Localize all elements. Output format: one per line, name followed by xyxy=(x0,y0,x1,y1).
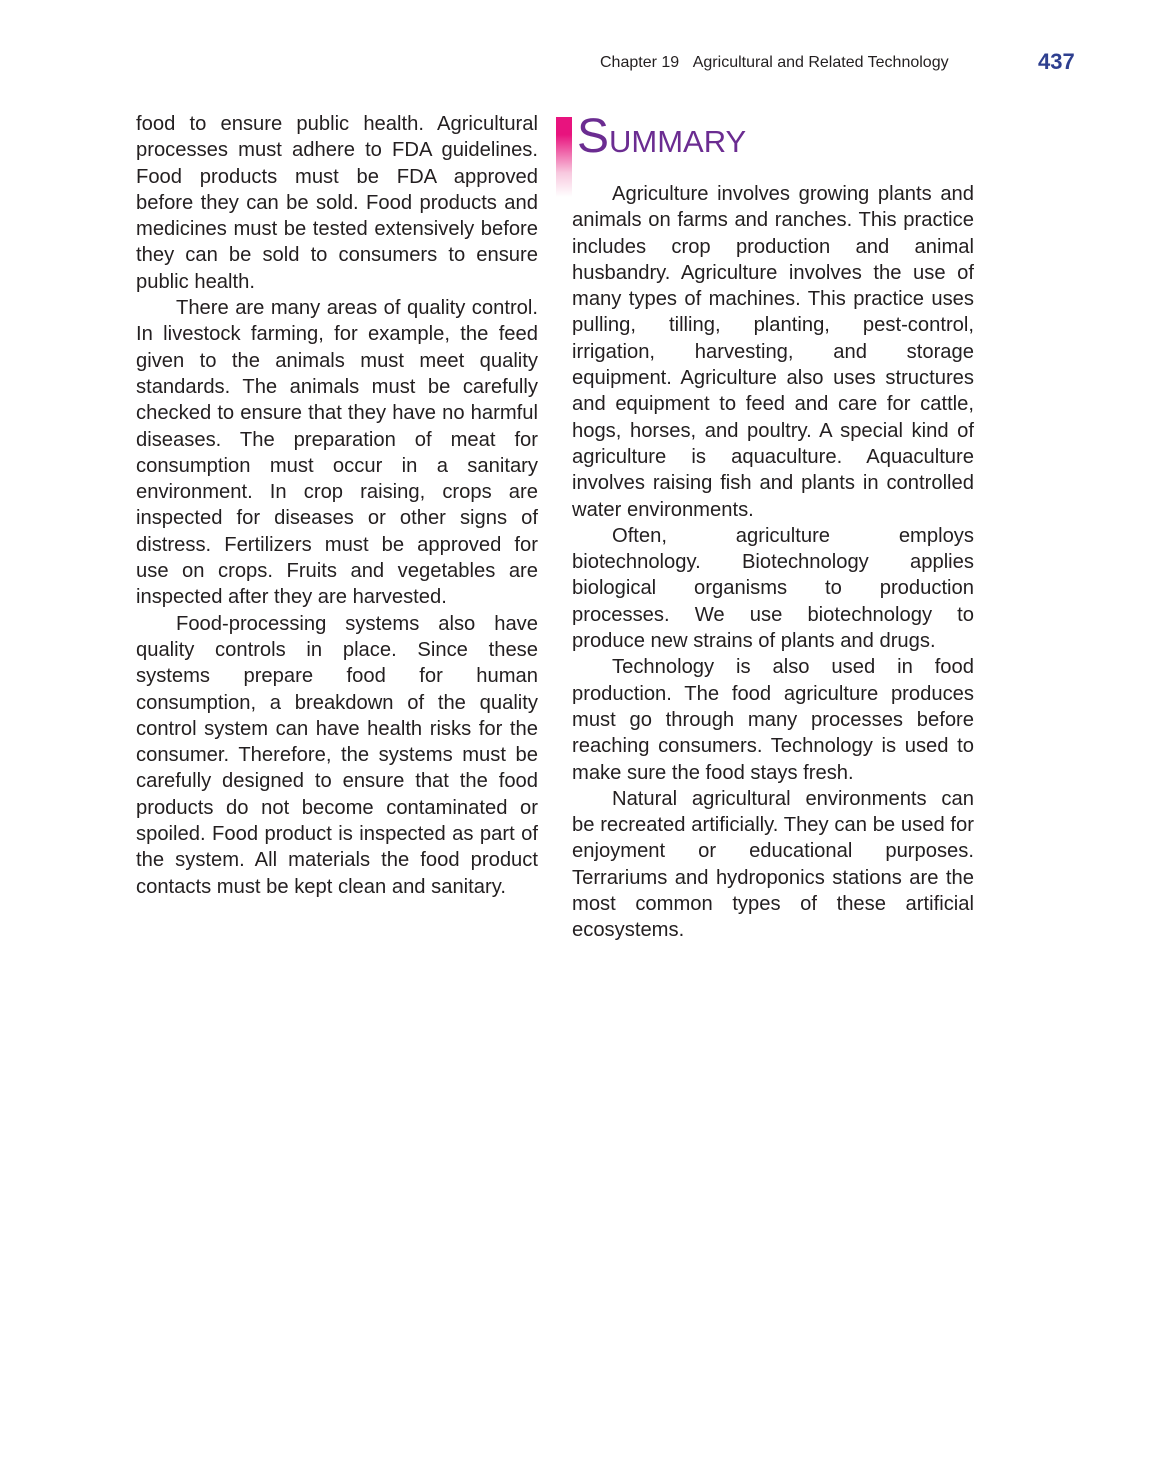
paragraph: Food-processing systems also have qualit… xyxy=(136,611,538,900)
chapter-number: Chapter 19 xyxy=(600,54,679,71)
paragraph: Technology is also used in food producti… xyxy=(572,654,974,785)
paragraph: food to ensure public health. Agricultur… xyxy=(136,111,538,295)
section-title: Summary xyxy=(577,112,746,163)
section-title-initial: S xyxy=(577,110,609,163)
heading-accent-bar xyxy=(556,117,572,197)
running-head: Chapter 19 Agricultural and Related Tech… xyxy=(600,54,949,72)
paragraph: Often, agriculture employs biotechnology… xyxy=(572,523,974,654)
section-title-rest: ummary xyxy=(609,113,746,162)
left-column: food to ensure public health. Agricultur… xyxy=(136,111,538,900)
paragraph: Natural agricultural environments can be… xyxy=(572,786,974,944)
paragraph: There are many areas of quality control.… xyxy=(136,295,538,611)
chapter-title: Agricultural and Related Technology xyxy=(693,54,949,71)
paragraph: Agriculture involves growing plants and … xyxy=(572,181,974,523)
page-number: 437 xyxy=(1038,49,1075,75)
summary-column: Agriculture involves growing plants and … xyxy=(572,181,974,944)
